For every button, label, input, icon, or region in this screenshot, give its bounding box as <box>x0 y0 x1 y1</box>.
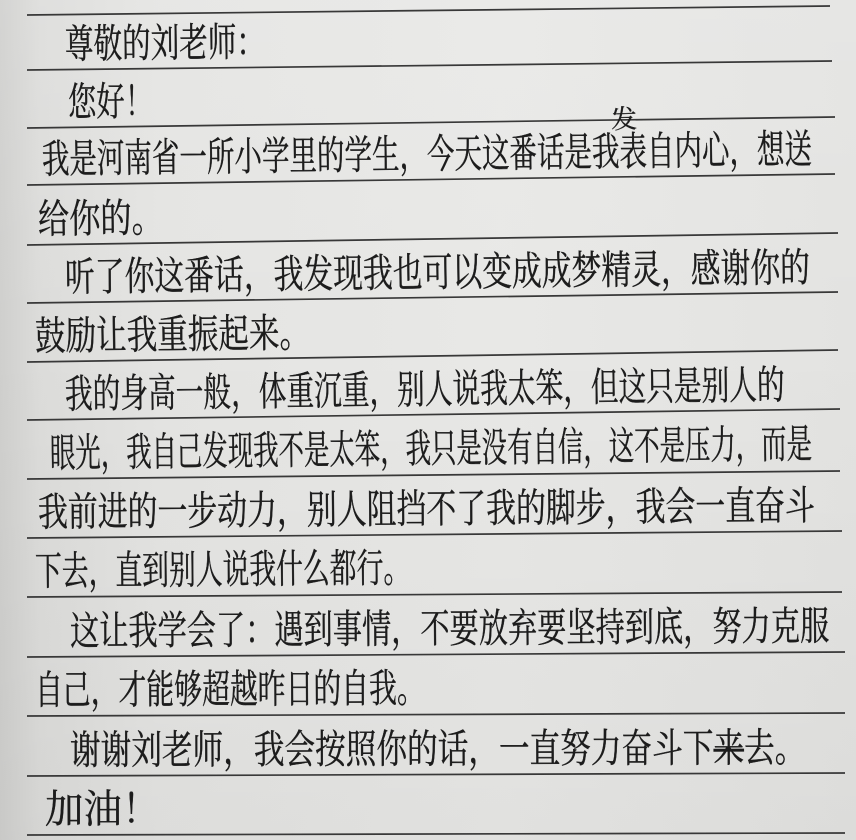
line-9-text: 我前进的一步动力，别人阻挡不了我的脚步，我会一直奋斗 <box>38 484 815 535</box>
line-5-text: 听了你这番话，我发现我也可以变成成梦精灵，感谢你的 <box>65 246 811 300</box>
closing-text: 加油！ <box>45 788 160 832</box>
line-6-text: 鼓励让我重振起来。 <box>35 312 311 359</box>
inserted-correction: 发 <box>611 106 638 135</box>
corrected-character: 表 <box>619 129 647 175</box>
line-13: 谢谢刘老师，我会按照你的话，一直努力奋斗下来去。 <box>70 726 856 773</box>
line-13-after: 去。 <box>744 725 805 771</box>
line-8-text: 眼光，我自己发现我不是太笨，我只是没有自信，这不是压力，而是 <box>50 423 812 476</box>
line-9: 我前进的一步动力，别人阻挡不了我的脚步，我会一直奋斗 <box>38 482 856 535</box>
line-10: 下去，直到别人说我什么都行。 <box>35 545 595 594</box>
line-13-text: 谢谢刘老师，我会按照你的话，一直努力奋斗下来去。 <box>70 726 806 773</box>
closing: 加油！ <box>45 788 165 832</box>
greeting: 您好！ <box>68 80 189 125</box>
line-4: 给你的。 <box>38 196 199 242</box>
line-12: 自己，才能够超越昨日的自我。 <box>35 666 595 713</box>
ruled-lines <box>0 0 856 840</box>
salutation-text: 尊敬的刘老师： <box>65 21 265 67</box>
line-4-text: 给你的。 <box>38 196 163 242</box>
line-12-text: 自己，才能够超越昨日的自我。 <box>35 667 425 713</box>
line-10-text: 下去，直到别人说我什么都行。 <box>35 547 411 594</box>
crossed-out-character: 来 <box>713 726 744 772</box>
line-6: 鼓励让我重振起来。 <box>35 311 396 359</box>
line-13-before: 谢谢刘老师，我会按照你的话，一直努力奋斗下 <box>70 726 714 774</box>
line-3-before: 我是河南省一所小学里的学生，今天这番话是我 <box>42 129 620 183</box>
greeting-text: 您好！ <box>68 80 154 125</box>
line-3-text: 我是河南省一所小学里的学生，今天这番话是我表自内心，想送 <box>42 128 813 182</box>
line-11: 这让我学会了：遇到事情，不要放弃要坚持到底，努力克服 <box>70 603 856 654</box>
line-11-text: 这让我学会了：遇到事情，不要放弃要坚持到底，努力克服 <box>70 605 829 654</box>
salutation: 尊敬的刘老师： <box>65 20 346 67</box>
line-3-after: 自内心，想送 <box>647 127 813 175</box>
line-7-text: 我的身高一般，体重沉重，别人说我太笨，但这只是别人的 <box>65 364 785 417</box>
